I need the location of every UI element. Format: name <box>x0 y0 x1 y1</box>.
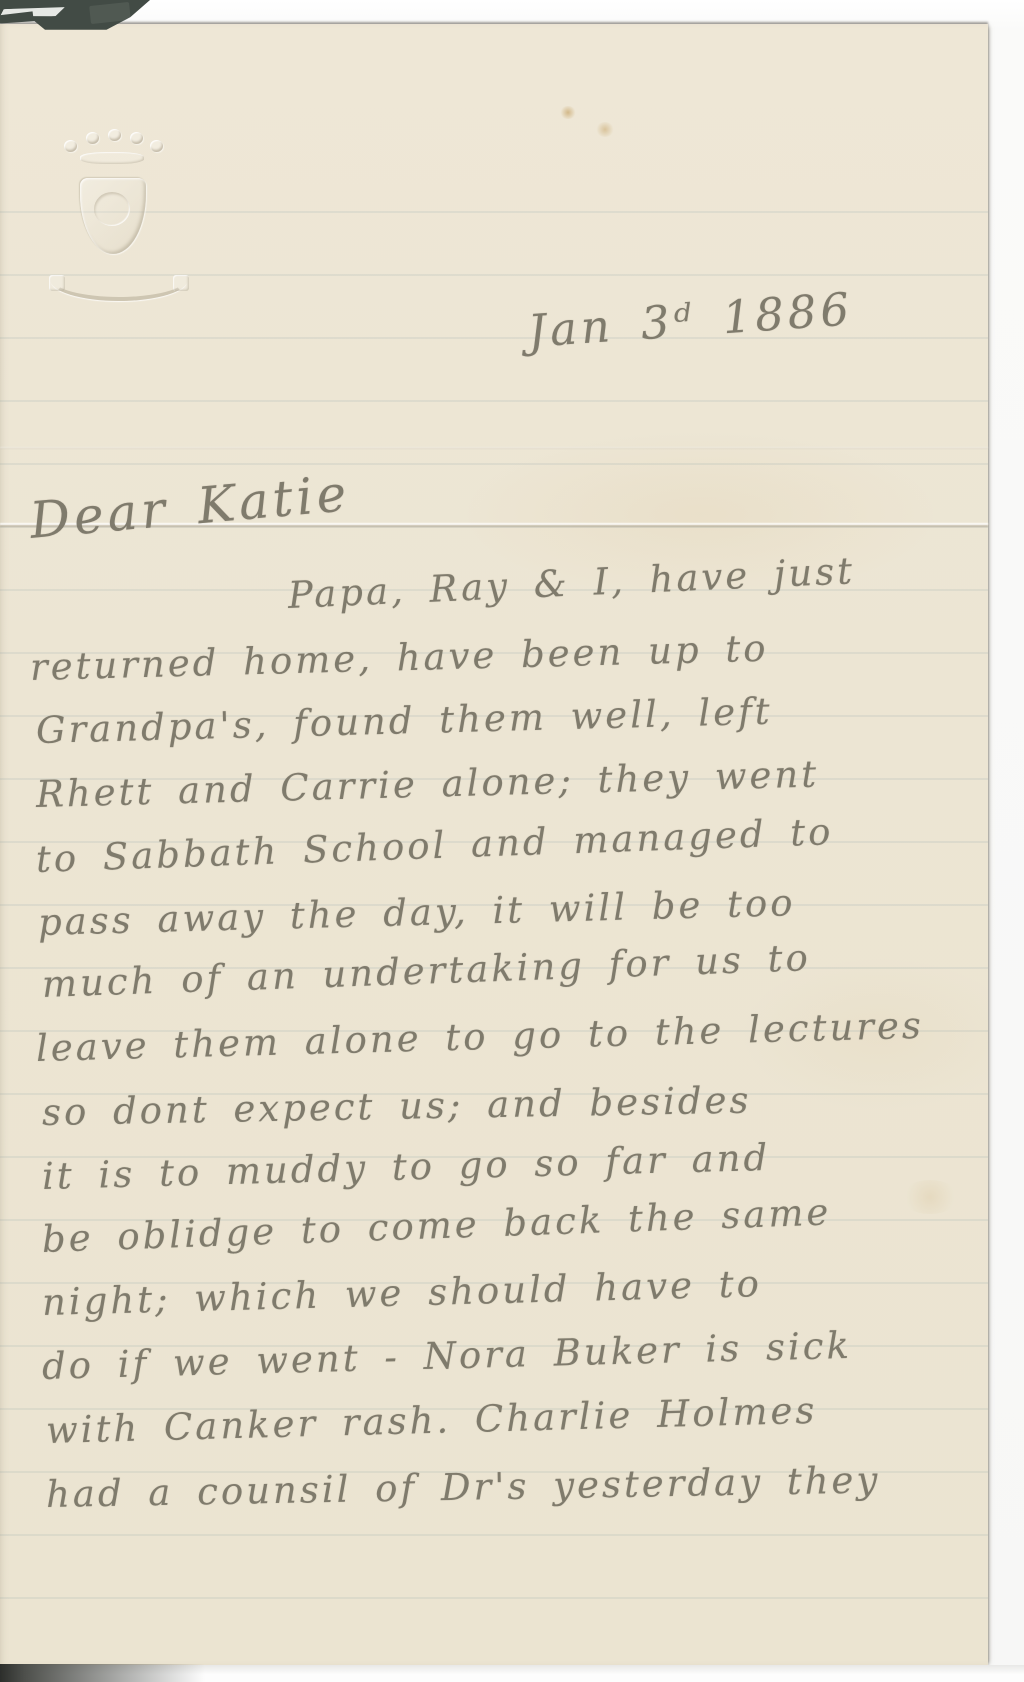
scanned-letter: Jan 3ᵈ 1886 Dear Katie Papa, Ray & I, ha… <box>0 0 1024 1682</box>
crest-crown-dot <box>108 129 121 141</box>
crest-ribbon <box>50 258 188 301</box>
scan-corner-shadow <box>0 1664 250 1682</box>
crest-crown-dot <box>86 132 99 144</box>
crest-crown-dot <box>150 140 163 152</box>
ruled-lines <box>0 150 988 1610</box>
crest-crown-dot <box>64 140 77 152</box>
crest-shield <box>80 178 146 254</box>
crest-crown-dot <box>130 132 143 144</box>
embossed-crest-icon <box>50 128 190 300</box>
crest-crown-band <box>80 152 144 164</box>
faint-crease <box>0 447 988 449</box>
